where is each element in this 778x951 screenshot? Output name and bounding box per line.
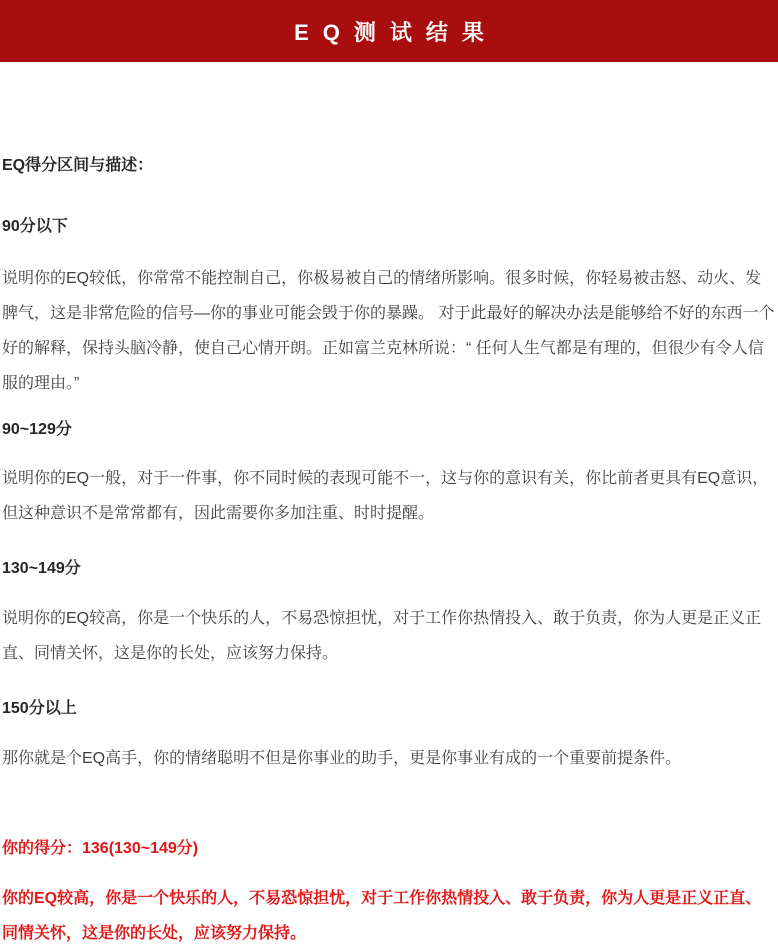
range-heading: 130~149分 — [2, 558, 776, 579]
eq-result-page: EQ测试结果 EQ得分区间与描述： 90分以下 说明你的EQ较低，你常常不能控制… — [0, 0, 778, 951]
range-heading: 90~129分 — [2, 419, 776, 440]
header-bar: EQ测试结果 — [0, 0, 778, 62]
page-title: EQ测试结果 — [294, 16, 498, 47]
range-heading: 90分以下 — [2, 216, 776, 237]
range-description: 那你就是个EQ高手，你的情绪聪明不但是你事业的助手，更是你事业有成的一个重要前提… — [2, 741, 776, 776]
user-score-line: 你的得分：136(130~149分) — [2, 838, 776, 859]
content-area: EQ得分区间与描述： 90分以下 说明你的EQ较低，你常常不能控制自己，你极易被… — [0, 155, 778, 951]
user-result-description: 你的EQ较高，你是一个快乐的人，不易恐惊担忧，对于工作你热情投入、敢于负责，你为… — [2, 881, 776, 951]
range-section: 130~149分 说明你的EQ较高，你是一个快乐的人，不易恐惊担忧，对于工作你热… — [2, 558, 776, 671]
range-description: 说明你的EQ较低，你常常不能控制自己，你极易被自己的情绪所影响。很多时候，你轻易… — [2, 261, 776, 401]
range-description: 说明你的EQ一般，对于一件事，你不同时候的表现可能不一，这与你的意识有关，你比前… — [2, 461, 776, 531]
range-section: 150分以上 那你就是个EQ高手，你的情绪聪明不但是你事业的助手，更是你事业有成… — [2, 698, 776, 776]
range-section: 90分以下 说明你的EQ较低，你常常不能控制自己，你极易被自己的情绪所影响。很多… — [2, 216, 776, 401]
range-description: 说明你的EQ较高，你是一个快乐的人，不易恐惊担忧，对于工作你热情投入、敢于负责，… — [2, 601, 776, 671]
range-heading: 150分以上 — [2, 698, 776, 719]
range-section: 90~129分 说明你的EQ一般，对于一件事，你不同时候的表现可能不一，这与你的… — [2, 419, 776, 531]
score-ranges-label: EQ得分区间与描述： — [2, 155, 776, 176]
